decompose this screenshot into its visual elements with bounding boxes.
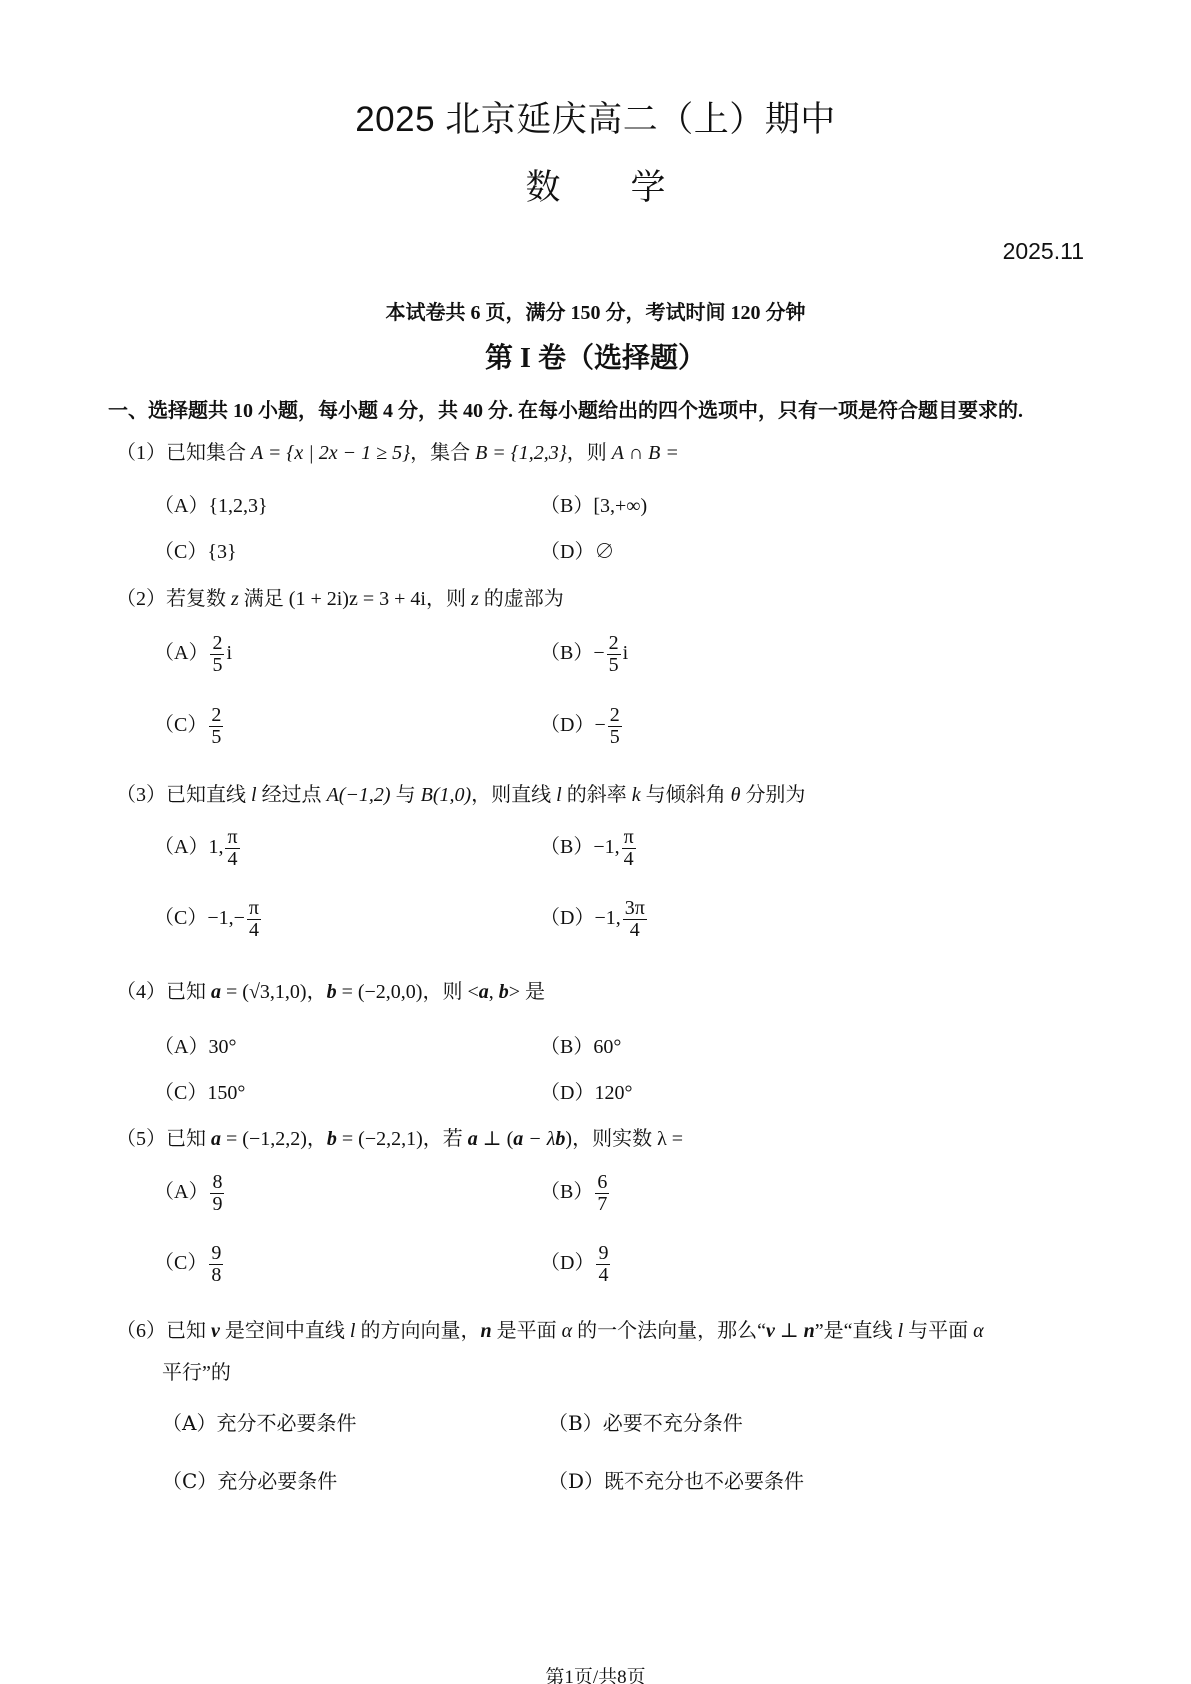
- option-label: （B）: [540, 1036, 593, 1058]
- stem-text: )，则实数 λ =: [565, 1128, 683, 1150]
- question-number: （1）: [116, 442, 166, 464]
- stem-text: 分别为: [740, 784, 805, 806]
- option-text: 充分必要条件: [217, 1469, 337, 1493]
- option-label: （C）: [154, 907, 207, 929]
- question-1-stem: （1）已知集合 A = {x | 2x − 1 ≥ 5}，集合 B = {1,2…: [116, 436, 679, 465]
- numerator: 3π: [623, 898, 647, 920]
- question-number: （2）: [116, 588, 166, 610]
- question-number: （4）: [116, 981, 166, 1003]
- stem-text: 的斜率: [562, 784, 632, 806]
- question-2-option-a: （A）25i: [154, 633, 232, 676]
- stem-text: 是平面: [492, 1320, 562, 1342]
- question-1-option-a: （A）{1,2,3}: [154, 489, 268, 518]
- stem-text: 已知集合: [166, 442, 251, 464]
- question-1-option-c: （C）{3}: [154, 535, 237, 564]
- math-expr: A(−1,2): [327, 784, 391, 806]
- math-expr: z: [471, 588, 479, 610]
- option-text: ∅: [594, 541, 614, 563]
- stem-text: ”是“直线: [815, 1320, 898, 1342]
- question-1-option-b: （B）[3,+∞): [540, 489, 647, 518]
- math-expr: = (√3,1,0)，: [221, 981, 327, 1003]
- fraction: π4: [225, 827, 239, 870]
- question-2-option-d: （D）−25: [540, 705, 624, 748]
- option-label: （B）: [540, 1181, 593, 1203]
- stem-text: 若复数: [166, 588, 231, 610]
- vector-v: v: [766, 1320, 775, 1342]
- denominator: 5: [608, 727, 622, 748]
- fraction: 25: [210, 633, 224, 676]
- numerator: π: [247, 898, 261, 920]
- option-label: （D）: [540, 1252, 594, 1274]
- math-expr: θ: [731, 784, 741, 806]
- stem-text: > 是: [509, 981, 545, 1003]
- math-expr: = (−2,0,0)，则 <: [337, 981, 479, 1003]
- numerator: 2: [209, 705, 223, 727]
- fraction: 25: [607, 633, 621, 676]
- math-expr: ,: [489, 981, 499, 1003]
- subject-char-1: 数: [525, 160, 560, 210]
- exam-title: 2025 北京延庆高二（上）期中: [0, 92, 1191, 142]
- numerator: 6: [595, 1172, 609, 1194]
- question-1-option-d: （D）∅: [540, 535, 614, 564]
- math-expr: α: [562, 1320, 573, 1342]
- option-text: 充分不必要条件: [216, 1411, 356, 1435]
- stem-text: ，则直线: [471, 784, 556, 806]
- stem-text: 已知直线: [166, 784, 251, 806]
- stem-text: ，则: [567, 442, 612, 464]
- fraction: 25: [209, 705, 223, 748]
- sign: −: [594, 714, 605, 736]
- denominator: 4: [628, 920, 642, 941]
- vector-n: n: [804, 1320, 815, 1342]
- stem-text: ，则: [426, 588, 471, 610]
- question-3-option-a: （A）1,π4: [154, 827, 242, 870]
- option-label: （C）: [154, 541, 207, 563]
- question-6-option-c: （C）充分必要条件: [162, 1465, 337, 1494]
- option-label: （A）: [154, 495, 208, 517]
- question-4-option-b: （B）60°: [540, 1030, 621, 1059]
- fraction: 98: [209, 1243, 223, 1286]
- math-expr: B = {1,2,3}: [475, 442, 567, 464]
- prefix: −1,: [594, 907, 620, 929]
- math-expr: z: [231, 588, 239, 610]
- numerator: 2: [607, 633, 621, 655]
- exam-info: 本试卷共 6 页，满分 150 分，考试时间 120 分钟: [0, 296, 1191, 325]
- stem-text: 与: [391, 784, 421, 806]
- option-label: （C）: [162, 1469, 217, 1493]
- math-expr: = (−2,2,1)，若: [337, 1128, 468, 1150]
- question-2-option-c: （C）25: [154, 705, 225, 748]
- question-6-option-a: （A）充分不必要条件: [162, 1407, 356, 1436]
- math-expr: (1 + 2i)z = 3 + 4i: [289, 588, 426, 610]
- math-expr: ⊥ (: [478, 1128, 513, 1150]
- numerator: 9: [596, 1243, 610, 1265]
- numerator: 2: [608, 705, 622, 727]
- prefix: −1,: [593, 836, 619, 858]
- question-5-option-d: （D）94: [540, 1243, 612, 1286]
- stem-text: 已知: [166, 1128, 211, 1150]
- question-number: （6）: [116, 1320, 166, 1342]
- stem-text: 与平面: [903, 1320, 973, 1342]
- stem-text: 经过点: [257, 784, 327, 806]
- vector-n: n: [480, 1320, 491, 1342]
- option-text: 既不充分也不必要条件: [604, 1469, 804, 1493]
- vector-a: a: [468, 1128, 478, 1150]
- sign: −: [593, 642, 604, 664]
- fraction: 67: [595, 1172, 609, 1215]
- question-5-stem: （5）已知 a = (−1,2,2)，b = (−2,2,1)，若 a ⊥ (a…: [116, 1122, 683, 1151]
- question-6-stem: （6）已知 v 是空间中直线 l 的方向向量，n 是平面 α 的一个法向量，那么…: [116, 1314, 984, 1343]
- fraction: 25: [608, 705, 622, 748]
- question-3-option-b: （B）−1,π4: [540, 827, 638, 870]
- fraction: π4: [622, 827, 636, 870]
- prefix: 1,: [208, 836, 223, 858]
- vector-b: b: [555, 1128, 565, 1150]
- numerator: 2: [210, 633, 224, 655]
- math-expr: ⊥: [775, 1320, 804, 1342]
- subject-char-2: 学: [631, 160, 666, 210]
- option-text: {1,2,3}: [208, 495, 267, 517]
- numerator: π: [622, 827, 636, 849]
- math-expr: − λ: [523, 1128, 555, 1150]
- stem-text: 已知: [166, 981, 211, 1003]
- question-6-option-b: （B）必要不充分条件: [548, 1407, 743, 1436]
- option-label: （A）: [154, 1036, 208, 1058]
- stem-text: 已知: [166, 1320, 211, 1342]
- math-expr: = (−1,2,2)，: [221, 1128, 327, 1150]
- numerator: 8: [210, 1172, 224, 1194]
- sign: −: [234, 907, 245, 929]
- denominator: 5: [210, 655, 224, 676]
- option-text: {3}: [207, 541, 236, 563]
- stem-text: 的方向向量，: [355, 1320, 480, 1342]
- fraction: 94: [596, 1243, 610, 1286]
- question-2-option-b: （B）−25i: [540, 633, 628, 676]
- option-text: 60°: [593, 1036, 621, 1058]
- vector-b: b: [327, 981, 337, 1003]
- suffix: i: [623, 642, 629, 664]
- math-expr: k: [632, 784, 641, 806]
- stem-text: 是空间中直线: [220, 1320, 350, 1342]
- option-text: [3,+∞): [593, 495, 647, 517]
- denominator: 4: [596, 1265, 610, 1286]
- denominator: 5: [607, 655, 621, 676]
- option-label: （D）: [540, 907, 594, 929]
- question-5-option-a: （A）89: [154, 1172, 226, 1215]
- option-label: （D）: [540, 714, 594, 736]
- denominator: 8: [209, 1265, 223, 1286]
- option-label: （D）: [540, 1082, 594, 1104]
- option-label: （A）: [162, 1411, 216, 1435]
- stem-text: 的一个法向量，那么“: [572, 1320, 766, 1342]
- option-text: 120°: [594, 1082, 632, 1104]
- prefix: −1,: [207, 907, 233, 929]
- option-label: （D）: [548, 1469, 604, 1493]
- option-label: （A）: [154, 642, 208, 664]
- option-text: 必要不充分条件: [603, 1411, 743, 1435]
- question-6-option-d: （D）既不充分也不必要条件: [548, 1465, 804, 1494]
- denominator: 4: [226, 849, 240, 870]
- option-label: （B）: [548, 1411, 603, 1435]
- math-expr: A ∩ B =: [612, 442, 679, 464]
- option-label: （B）: [540, 495, 593, 517]
- question-4-option-d: （D）120°: [540, 1076, 632, 1105]
- option-label: （C）: [154, 714, 207, 736]
- option-label: （A）: [154, 1181, 208, 1203]
- denominator: 5: [209, 727, 223, 748]
- vector-a: a: [211, 1128, 221, 1150]
- question-number: （3）: [116, 784, 166, 806]
- numerator: π: [225, 827, 239, 849]
- question-5-option-b: （B）67: [540, 1172, 611, 1215]
- fraction: π4: [247, 898, 261, 941]
- option-label: （D）: [540, 541, 594, 563]
- denominator: 4: [622, 849, 636, 870]
- vector-b: b: [327, 1128, 337, 1150]
- question-4-option-a: （A）30°: [154, 1030, 236, 1059]
- subject-title: 数学: [0, 160, 1191, 210]
- vector-a: a: [479, 981, 489, 1003]
- denominator: 7: [595, 1194, 609, 1215]
- option-label: （C）: [154, 1082, 207, 1104]
- suffix: i: [226, 642, 232, 664]
- fraction: 3π4: [623, 898, 647, 941]
- numerator: 9: [209, 1243, 223, 1265]
- stem-text: ，集合: [410, 442, 475, 464]
- part-title: 第 I 卷（选择题）: [0, 336, 1191, 376]
- option-text: 150°: [207, 1082, 245, 1104]
- section-heading: 一、选择题共 10 小题，每小题 4 分，共 40 分. 在每小题给出的四个选项…: [108, 394, 1023, 423]
- question-2-stem: （2）若复数 z 满足 (1 + 2i)z = 3 + 4i，则 z 的虚部为: [116, 582, 564, 611]
- question-5-option-c: （C）98: [154, 1243, 225, 1286]
- question-4-option-c: （C）150°: [154, 1076, 245, 1105]
- option-text: 30°: [208, 1036, 236, 1058]
- option-label: （A）: [154, 836, 208, 858]
- question-number: （5）: [116, 1128, 166, 1150]
- denominator: 4: [247, 920, 261, 941]
- vector-b: b: [499, 981, 509, 1003]
- vector-a: a: [211, 981, 221, 1003]
- page-indicator: 第1页/共8页: [0, 1662, 1191, 1684]
- exam-date: 2025.11: [1003, 238, 1084, 265]
- vector-v: v: [211, 1320, 220, 1342]
- math-expr: α: [973, 1320, 984, 1342]
- option-label: （B）: [540, 836, 593, 858]
- option-label: （C）: [154, 1252, 207, 1274]
- question-3-option-c: （C）−1,−π4: [154, 898, 263, 941]
- stem-text: 与倾斜角: [641, 784, 731, 806]
- option-label: （B）: [540, 642, 593, 664]
- stem-text: 的虚部为: [479, 588, 564, 610]
- math-expr: A = {x | 2x − 1 ≥ 5}: [251, 442, 410, 464]
- vector-a: a: [513, 1128, 523, 1150]
- question-3-stem: （3）已知直线 l 经过点 A(−1,2) 与 B(1,0)，则直线 l 的斜率…: [116, 778, 805, 807]
- question-3-option-d: （D）−1,3π4: [540, 898, 649, 941]
- stem-text: 满足: [239, 588, 289, 610]
- question-4-stem: （4）已知 a = (√3,1,0)，b = (−2,0,0)，则 <a, b>…: [116, 975, 545, 1004]
- denominator: 9: [210, 1194, 224, 1215]
- fraction: 89: [210, 1172, 224, 1215]
- question-6-stem-continued: 平行”的: [162, 1356, 231, 1385]
- math-expr: B(1,0): [421, 784, 472, 806]
